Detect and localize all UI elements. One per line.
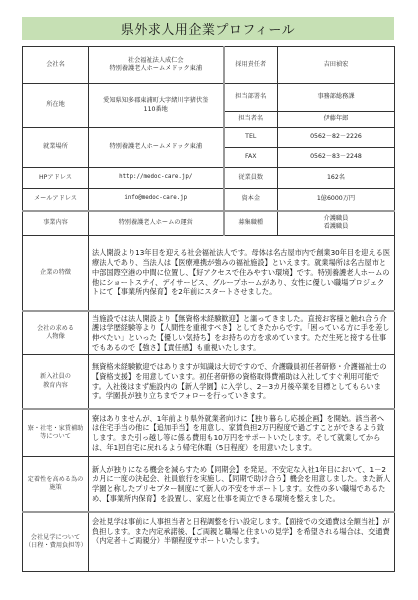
address-line1: 愛知県知多郡東浦町大字緒川字猪伏釜 bbox=[91, 97, 221, 105]
address-label: 所在地 bbox=[23, 84, 89, 128]
visit-label-line1: 会社見学について bbox=[25, 534, 86, 542]
row-housing: 寮・社宅・家賃補助 等について 寮はありませんが、1年前より県外就業者向けに【独… bbox=[23, 409, 395, 457]
dept-value: 事務部総務課 bbox=[278, 84, 395, 112]
row-hp: HPアドレス http://medoc-care.jp/ 従業員数 162名 bbox=[23, 168, 395, 189]
training-label: 新入社員の 教育内容 bbox=[23, 355, 89, 409]
workplace-value: 特別養護老人ホームメドック東浦 bbox=[89, 128, 224, 168]
job-1: 介護職員 bbox=[280, 215, 392, 223]
row-company: 会社名 社会福祉法人成仁会 特別養護老人ホームメドック東浦 採用責任者 吉田禎宏 bbox=[23, 47, 395, 84]
recruiter-value: 吉田禎宏 bbox=[278, 47, 395, 84]
hp-link[interactable]: http://medoc-care.jp/ bbox=[89, 168, 224, 189]
business-value: 特別養護老人ホームの運営 bbox=[89, 211, 224, 236]
row-address: 所在地 愛知県知多郡東浦町大字緒川字猪伏釜 110番地 担当部署名 事務部総務課 bbox=[23, 84, 395, 112]
row-workplace: 就業場所 特別養護老人ホームメドック東浦 TEL 0562－82－2226 bbox=[23, 128, 395, 148]
dept-label: 担当部署名 bbox=[224, 84, 278, 112]
row-business: 事業内容 特別養護老人ホームの運営 募集職種 介護職員 看護職員 bbox=[23, 211, 395, 236]
capital-value: 1億6000万円 bbox=[278, 189, 395, 211]
page-title: 県外求人用企業プロフィール bbox=[22, 17, 394, 40]
company-name: 社会福祉法人成仁会 特別養護老人ホームメドック東浦 bbox=[89, 47, 224, 84]
housing-label-line1: 寮・社宅・家賃補助 bbox=[25, 425, 86, 433]
housing-label-line2: 等について bbox=[25, 433, 86, 441]
contact-label: 担当者名 bbox=[224, 112, 278, 128]
company-name-line2: 特別養護老人ホームメドック東浦 bbox=[91, 65, 221, 73]
housing-text: 寮はありませんが、1年前より県外就業者向けに【独り暮らし応援企画】を開始。該当者… bbox=[89, 409, 395, 457]
jobs-label: 募集職種 bbox=[224, 211, 278, 236]
ideal-person-label-line1: 会社の求める bbox=[25, 325, 86, 333]
fax-label: FAX bbox=[224, 148, 278, 168]
mail-link[interactable]: info@medoc-care.jp bbox=[89, 189, 224, 211]
retention-label-line1: 定着性を高める為の bbox=[25, 476, 86, 484]
row-mail: メールアドレス info@medoc-care.jp 資本金 1億6000万円 bbox=[23, 189, 395, 211]
training-label-line1: 新入社員の bbox=[25, 373, 86, 381]
fax-value: 0562－83－2248 bbox=[278, 148, 395, 168]
address-value: 愛知県知多郡東浦町大字緒川字猪伏釜 110番地 bbox=[89, 84, 224, 128]
visit-label: 会社見学について （日程・費用負担等） bbox=[23, 512, 89, 572]
ideal-person-text: 当施設では法人開設より【無資格未経験歓迎】と謳ってきました。直接お客様と触れ合う… bbox=[89, 311, 395, 355]
jobs-value: 介護職員 看護職員 bbox=[278, 211, 395, 236]
training-text: 無資格未経験歓迎ではありますが知識は大切ですので、介護職員初任者研修・介護福祉士… bbox=[89, 355, 395, 409]
contact-value: 伊藤年郎 bbox=[278, 112, 395, 128]
job-2: 看護職員 bbox=[280, 223, 392, 231]
visit-label-line2: （日程・費用負担等） bbox=[25, 542, 86, 550]
features-label-text: 企業の特徴 bbox=[25, 269, 86, 277]
row-ideal-person: 会社の求める 人物像 当施設では法人開設より【無資格未経験歓迎】と謳ってきました… bbox=[23, 311, 395, 355]
row-retention: 定着性を高める為の 施策 新人が独りになる機会を減らすため【同期会】を発足。不安… bbox=[23, 457, 395, 512]
housing-label: 寮・社宅・家賃補助 等について bbox=[23, 409, 89, 457]
recruiter-label: 採用責任者 bbox=[224, 47, 278, 84]
company-label: 会社名 bbox=[23, 47, 89, 84]
workplace-label: 就業場所 bbox=[23, 128, 89, 168]
visit-text: 会社見学は事前に人事担当者と日程調整を行い設定します。【面接での交通費は全額当社… bbox=[89, 512, 395, 572]
employees-value: 162名 bbox=[278, 168, 395, 189]
ideal-person-label-line2: 人物像 bbox=[25, 333, 86, 341]
row-training: 新入社員の 教育内容 無資格未経験歓迎ではありますが知識は大切ですので、介護職員… bbox=[23, 355, 395, 409]
mail-label: メールアドレス bbox=[23, 189, 89, 211]
features-text: 法人開設より13年目を迎える社会福祉法人です。母体は名古屋市内で創業30年目を迎… bbox=[89, 236, 395, 311]
retention-text: 新人が独りになる機会を減らすため【同期会】を発足。不安定な入社1年目において、1… bbox=[89, 457, 395, 512]
tel-value: 0562－82－2226 bbox=[278, 128, 395, 148]
tel-label: TEL bbox=[224, 128, 278, 148]
retention-label: 定着性を高める為の 施策 bbox=[23, 457, 89, 512]
business-label: 事業内容 bbox=[23, 211, 89, 236]
capital-label: 資本金 bbox=[224, 189, 278, 211]
address-line2: 110番地 bbox=[91, 106, 221, 114]
retention-label-line2: 施策 bbox=[25, 484, 86, 492]
training-label-line2: 教育内容 bbox=[25, 382, 86, 390]
features-label: 企業の特徴 bbox=[23, 236, 89, 311]
company-profile-table: 会社名 社会福祉法人成仁会 特別養護老人ホームメドック東浦 採用責任者 吉田禎宏… bbox=[22, 46, 395, 572]
row-features: 企業の特徴 法人開設より13年目を迎える社会福祉法人です。母体は名古屋市内で創業… bbox=[23, 236, 395, 311]
employees-label: 従業員数 bbox=[224, 168, 278, 189]
hp-label: HPアドレス bbox=[23, 168, 89, 189]
row-visit: 会社見学について （日程・費用負担等） 会社見学は事前に人事担当者と日程調整を行… bbox=[23, 512, 395, 572]
ideal-person-label: 会社の求める 人物像 bbox=[23, 311, 89, 355]
company-name-line1: 社会福祉法人成仁会 bbox=[91, 57, 221, 65]
